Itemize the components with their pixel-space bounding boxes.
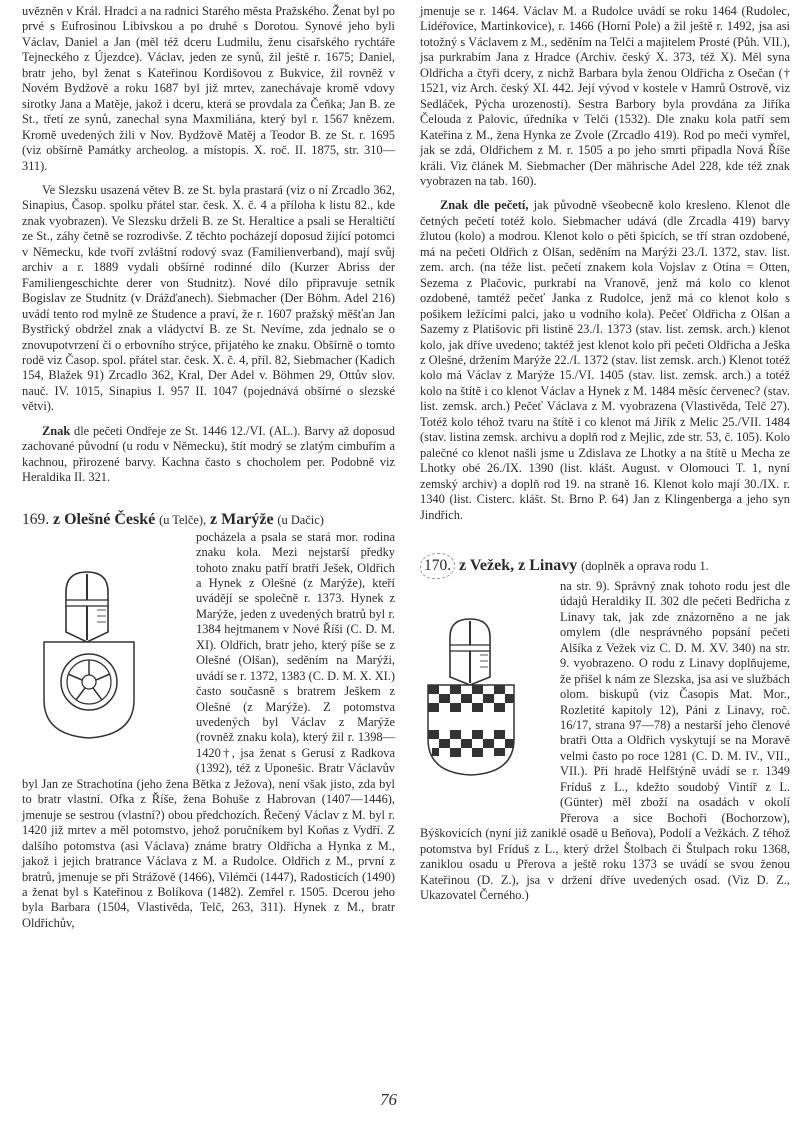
paragraph-marýže-continuation: jmenuje se r. 1464. Václav M. a Rudolce … bbox=[420, 4, 790, 189]
paragraph-coat-of-arms-studnitz: Znak dle pečeti Ondřeje ze St. 1446 12./… bbox=[22, 424, 395, 486]
paragraph-silesian-branch: Ve Slezsku usazená větev B. ze St. byla … bbox=[22, 183, 395, 415]
helmet-checkered-icon bbox=[426, 617, 518, 777]
entry-169: 169. z Olešné České (u Telče), z Marýže … bbox=[22, 510, 395, 932]
paragraph-coat-of-arms-marýže: Znak dle pečetí, jak původně všeobecně k… bbox=[420, 198, 790, 523]
entry-number: 169. bbox=[22, 511, 49, 528]
left-column: uvězněn v Král. Hradci a na radnici Star… bbox=[22, 4, 395, 931]
helmet-wheel-icon bbox=[42, 570, 142, 740]
family-name-alt: z Marýže bbox=[210, 511, 274, 528]
entry-170: 170. z Vežek, z Linavy (doplněk a oprava… bbox=[420, 553, 790, 904]
entry-169-heading: 169. z Olešné České (u Telče), z Marýže … bbox=[22, 510, 395, 530]
coat-of-arms-169 bbox=[22, 530, 190, 775]
entry-number: 170. bbox=[420, 553, 455, 579]
znak-label: Znak bbox=[42, 424, 70, 438]
paragraph-studnitz-family: uvězněn v Král. Hradci a na radnici Star… bbox=[22, 4, 395, 174]
page-number: 76 bbox=[380, 1090, 397, 1110]
entry-170-heading: 170. z Vežek, z Linavy (doplněk a oprava… bbox=[420, 553, 790, 579]
right-column: jmenuje se r. 1464. Václav M. a Rudolce … bbox=[420, 4, 790, 903]
znak-label: Znak dle pečetí, bbox=[440, 198, 528, 212]
family-name: z Vežek, z Linavy bbox=[459, 557, 577, 574]
coat-of-arms-170 bbox=[420, 579, 554, 817]
family-name: z Olešné České bbox=[53, 511, 155, 528]
